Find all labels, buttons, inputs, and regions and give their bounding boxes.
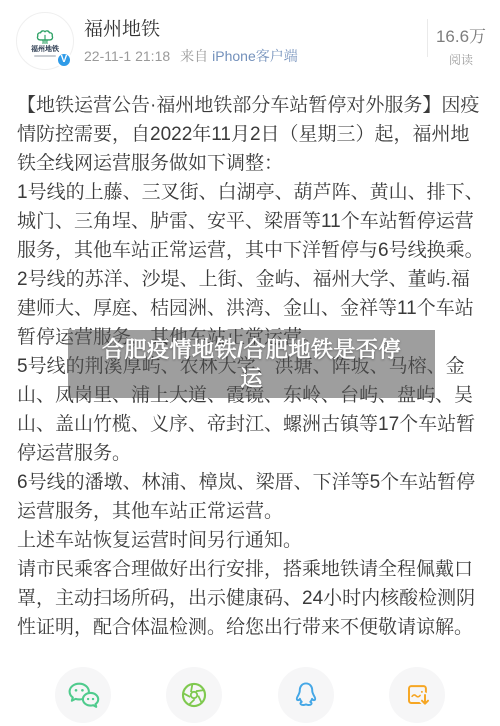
share-wechat-button[interactable] [55, 667, 111, 723]
post-paragraph: 上述车站恢复运营时间另行通知。 [17, 526, 484, 555]
post-body: 【地铁运营公告·福州地铁部分车站暂停对外服务】因疫情防控需要，自2022年11月… [17, 91, 484, 642]
read-count-divider [427, 19, 428, 57]
source-prefix: 来自 [180, 48, 208, 64]
timestamp: 22-11-1 21:18 [84, 48, 170, 64]
post-paragraph: 1号线的上藤、三叉街、白湖亭、葫芦阵、黄山、排下、城门、三角埕、胪雷、安平、梁厝… [17, 178, 484, 265]
post-paragraph: 6号线的潘墩、林浦、樟岚、梁厝、下洋等5个车站暂停运营服务，其他车站正常运营。 [17, 468, 484, 526]
avatar-label: 福州地铁 [31, 46, 59, 54]
post-paragraph: 5号线的荆溪厚屿、农林大学、洪塘、阵坂、马榕、金山、凤岗里、浦上大道、霞镜、东岭… [17, 352, 484, 468]
save-image-button[interactable] [389, 667, 445, 723]
avatar-subtext-bar [34, 55, 56, 57]
post-header: 福州地铁 V 福州地铁 22-11-1 21:18来自iPhone客户端 16.… [0, 0, 500, 90]
fuzhou-metro-logo-icon [32, 26, 58, 46]
share-wechat-moments-button[interactable] [166, 667, 222, 723]
share-bar [0, 666, 500, 724]
post-paragraph: 【地铁运营公告·福州地铁部分车站暂停对外服务】因疫情防控需要，自2022年11月… [17, 91, 484, 178]
post-paragraph: 2号线的苏洋、沙堤、上街、金屿、福州大学、董屿.福建师大、厚庭、桔园洲、洪湾、金… [17, 265, 484, 352]
wechat-moments-icon [178, 679, 210, 711]
username[interactable]: 福州地铁 [84, 14, 160, 41]
post-meta: 22-11-1 21:18来自iPhone客户端 [84, 46, 298, 66]
wechat-icon [66, 678, 100, 712]
source-link[interactable]: iPhone客户端 [212, 48, 298, 64]
read-count-label: 阅读 [430, 51, 492, 68]
post-paragraph: 请市民乘客合理做好出行安排，搭乘地铁请全程佩戴口罩，主动扫场所码，出示健康码、2… [17, 555, 484, 642]
save-image-icon [401, 679, 433, 711]
share-qq-button[interactable] [278, 667, 334, 723]
read-count-block: 16.6万 阅读 [430, 22, 492, 68]
qq-icon [290, 679, 322, 711]
avatar[interactable]: 福州地铁 V [16, 12, 76, 72]
read-count: 16.6万 [430, 22, 492, 47]
weibo-post-page: 福州地铁 V 福州地铁 22-11-1 21:18来自iPhone客户端 16.… [0, 0, 500, 726]
verified-badge-icon: V [56, 52, 72, 68]
